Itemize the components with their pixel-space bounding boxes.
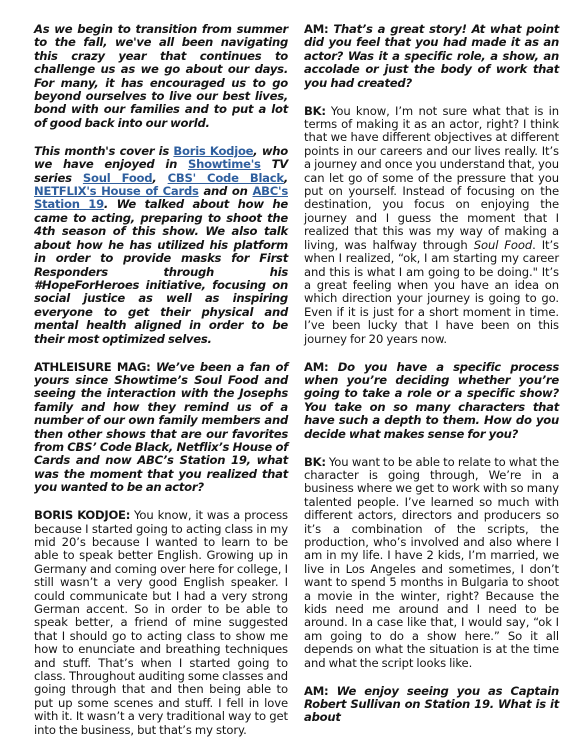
magazine-page: As we begin to transition from summer to… <box>0 0 576 746</box>
intro-paragraph: As we begin to transition from summer to… <box>34 23 288 130</box>
answer-text: You know, it was a process because I sta… <box>34 508 288 737</box>
right-column: AM: That’s a great story! At what point … <box>304 23 559 739</box>
question-paragraph: ATHLEISURE MAG: We’ve been a fan of your… <box>34 361 288 495</box>
link-showtime[interactable]: Showtime's <box>188 157 261 171</box>
question-text: We’ve been a fan of yours since Showtime… <box>34 360 288 495</box>
text-segment: and on <box>199 184 253 198</box>
question-text: That’s a great story! At what point did … <box>304 22 559 90</box>
text-segment: , <box>284 171 288 185</box>
link-soul-food[interactable]: Soul Food <box>83 171 152 185</box>
text-segment: . We talked about how he came to acting,… <box>34 197 288 345</box>
answer-paragraph: BK: You know, I’m not sure what that is … <box>304 105 559 346</box>
speaker-label: BK: <box>304 455 326 469</box>
answer-text: You know, I’m not sure what that is in t… <box>304 104 559 252</box>
question-paragraph: AM: Do you have a specific process when … <box>304 361 559 441</box>
cover-description-paragraph: This month's cover is Boris Kodjoe, who … <box>34 145 288 346</box>
answer-text: You want to be able to relate to what th… <box>304 455 559 670</box>
speaker-label: AM: <box>304 22 328 36</box>
speaker-label: BORIS KODJOE: <box>34 508 130 522</box>
show-title-italic: Soul Food <box>474 238 532 252</box>
question-text: We enjoy seeing you as Captain Robert Su… <box>304 684 559 725</box>
speaker-label: BK: <box>304 104 326 118</box>
speaker-label: AM: <box>304 360 328 374</box>
left-column: As we begin to transition from summer to… <box>34 23 288 746</box>
answer-paragraph: BORIS KODJOE: You know, it was a process… <box>34 509 288 737</box>
link-boris-kodjoe[interactable]: Boris Kodjoe <box>173 144 253 158</box>
link-code-black[interactable]: CBS' Code Black <box>168 171 284 185</box>
speaker-label: AM: <box>304 684 328 698</box>
speaker-label: ATHLEISURE MAG: <box>34 360 151 374</box>
answer-paragraph: BK: You want to be able to relate to wha… <box>304 456 559 671</box>
text-segment: , <box>152 171 167 185</box>
link-house-of-cards[interactable]: NETFLIX's House of Cards <box>34 184 199 198</box>
text-segment: This month's cover is <box>34 144 173 158</box>
answer-text: . It’s when I realized, “ok, I am starti… <box>304 238 559 346</box>
question-paragraph: AM: We enjoy seeing you as Captain Rober… <box>304 685 559 725</box>
question-text: Do you have a specific process when you’… <box>304 360 559 441</box>
question-paragraph: AM: That’s a great story! At what point … <box>304 23 559 90</box>
